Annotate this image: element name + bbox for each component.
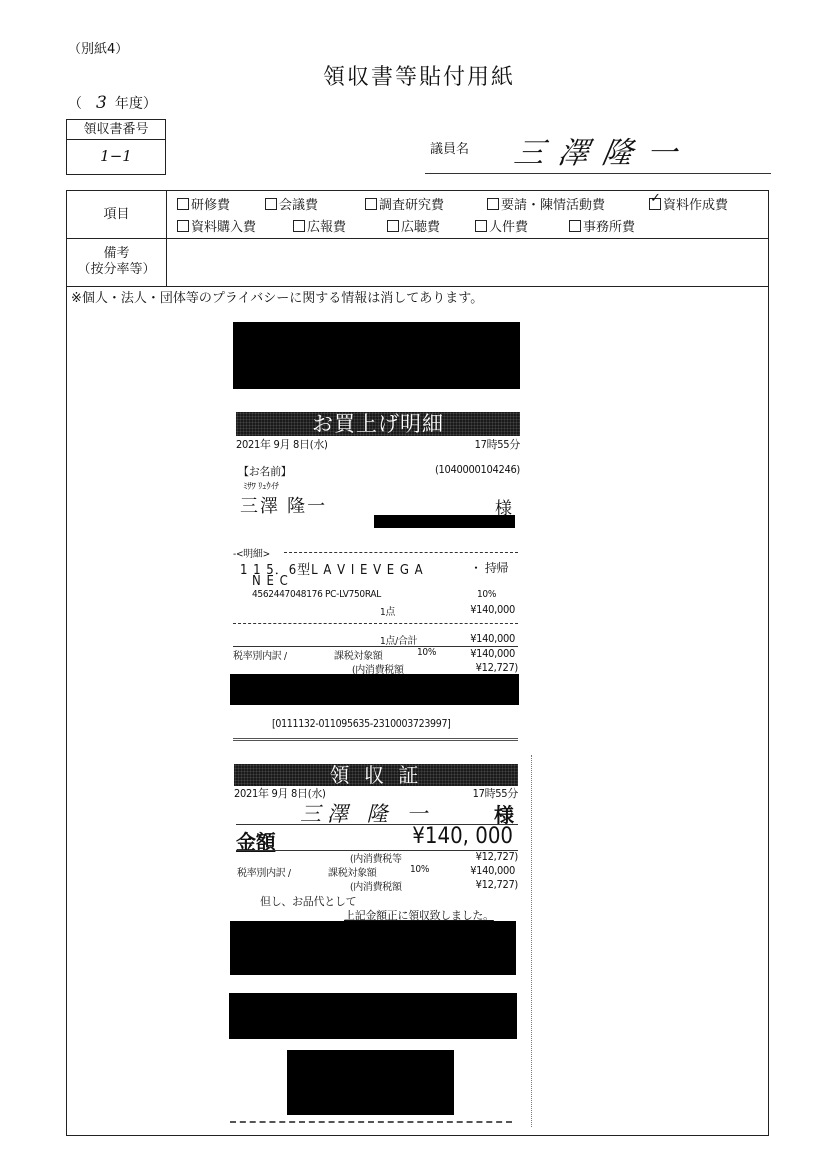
- fiscal-year: （3年度）: [68, 93, 157, 113]
- transaction-code: [0111132-011095635-2310003723997]: [272, 718, 451, 730]
- customer-id: (1040000104246): [400, 463, 520, 476]
- category-2[interactable]: 調査研究費: [365, 194, 444, 213]
- redaction-block: [233, 322, 520, 389]
- checkbox-icon[interactable]: [177, 220, 189, 232]
- redaction-block: [287, 1050, 454, 1115]
- details-divider: [284, 552, 518, 553]
- remarks-row: 備考（按分率等）: [67, 238, 768, 287]
- r-tax-included-label: (内消費税額: [350, 878, 402, 893]
- category-8[interactable]: 人件費: [475, 216, 528, 235]
- r-taxable-label: 課税対象額: [328, 864, 377, 879]
- r-taxable-value: ¥140,000: [440, 864, 515, 877]
- member-name-signature: 三澤隆一: [511, 128, 695, 172]
- annex-label: （別紙4）: [68, 38, 128, 57]
- category-label: 会議費: [279, 198, 318, 213]
- receipt-number-value: 1−1: [67, 140, 165, 173]
- receipt-number-box: 領収書番号 1−1: [66, 119, 166, 175]
- details-label: -<明細>: [233, 545, 270, 560]
- transaction-divider: [233, 738, 518, 741]
- receipt-bottom-divider: [230, 1121, 512, 1123]
- remarks-label: 備考（按分率等）: [67, 238, 167, 286]
- tax-included-value: ¥12,727): [440, 661, 518, 674]
- taxable-label: 課税対象額: [334, 647, 383, 662]
- category-1[interactable]: 会議費: [265, 194, 318, 213]
- remarks-label-main: 備考: [103, 246, 129, 261]
- category-label: 広聴費: [401, 220, 440, 235]
- item-qty: 1点: [380, 603, 395, 618]
- checkbox-icon[interactable]: [487, 198, 499, 210]
- name-kanji: 三澤 隆一: [240, 492, 327, 518]
- checkbox-icon[interactable]: [387, 220, 399, 232]
- category-5[interactable]: 資料購入費: [177, 216, 256, 235]
- r-tax-breakdown-label: 税率別内訳 /: [237, 864, 291, 879]
- category-6[interactable]: 広報費: [293, 216, 346, 235]
- category-label: 事務所費: [583, 220, 635, 235]
- statement-time: 17時55分: [470, 436, 520, 452]
- category-label: 資料購入費: [191, 220, 256, 235]
- statement-title: お買上げ明細: [312, 412, 444, 436]
- tax-rate: 10%: [417, 647, 436, 658]
- checkbox-icon[interactable]: [365, 198, 377, 210]
- remarks-label-sub: （按分率等）: [77, 262, 155, 277]
- r-tax-included-value: ¥12,727): [440, 878, 518, 891]
- category-9[interactable]: 事務所費: [569, 216, 635, 235]
- item-label: 項目: [67, 191, 167, 238]
- category-label: 要請・陳情活動費: [501, 198, 605, 213]
- tax-etc-label: (内消費税等: [350, 850, 402, 865]
- member-name-label: 議員名: [430, 138, 469, 157]
- receipt-paper-edge: [531, 755, 533, 1127]
- item-takeout: ・ 持帰: [470, 559, 508, 576]
- category-3[interactable]: 要請・陳情活動費: [487, 194, 605, 213]
- redaction-block: [374, 515, 515, 528]
- redaction-block: [230, 674, 519, 705]
- name-label: 【お名前】: [238, 463, 292, 479]
- member-name-underline: [425, 173, 771, 174]
- checkbox-icon[interactable]: [475, 220, 487, 232]
- tax-etc-value: ¥12,727): [440, 850, 518, 863]
- checkbox-icon[interactable]: [569, 220, 581, 232]
- statement-date: 2021年 9月 8日(水): [236, 436, 328, 452]
- category-label: 研修費: [191, 198, 230, 213]
- item-tax-rate: 10%: [477, 589, 496, 600]
- amount-value: ¥140, 000: [380, 824, 513, 849]
- item-divider: [233, 623, 518, 624]
- receipt-title-banner: 領 収 証: [234, 764, 518, 786]
- fiscal-suffix: 年度）: [115, 96, 157, 112]
- category-0[interactable]: 研修費: [177, 194, 230, 213]
- tax-breakdown-label: 税率別内訳 /: [233, 647, 287, 662]
- proviso: 但し、お品代として: [260, 893, 356, 909]
- checkbox-checked-icon[interactable]: [649, 198, 661, 210]
- checkbox-icon[interactable]: [293, 220, 305, 232]
- item-maker: N E C: [252, 574, 289, 589]
- r-tax-rate: 10%: [410, 864, 429, 875]
- fiscal-year-value: 3: [96, 93, 107, 113]
- redaction-block: [230, 921, 516, 975]
- name-kana: ﾐｻﾜ ﾘｭｳｲﾁ: [243, 479, 279, 492]
- item-price: ¥140,000: [440, 603, 515, 616]
- item-code: 4562447048176 PC-LV750RAL: [252, 589, 381, 600]
- taxable-value: ¥140,000: [440, 647, 515, 660]
- category-7[interactable]: 広聴費: [387, 216, 440, 235]
- redaction-block: [229, 993, 517, 1039]
- page-title: 領収書等貼付用紙: [0, 60, 826, 91]
- total-value: ¥140,000: [440, 632, 515, 645]
- privacy-notice: ※個人・法人・団体等のプライバシーに関する情報は消してあります。: [71, 287, 483, 306]
- category-label: 人件費: [489, 220, 528, 235]
- remarks-value[interactable]: [168, 238, 768, 286]
- category-label: 調査研究費: [379, 198, 444, 213]
- checkbox-icon[interactable]: [177, 198, 189, 210]
- total-label: 1点/合計: [380, 632, 417, 647]
- receipt-title: 領 収 証: [330, 763, 423, 787]
- checkbox-icon[interactable]: [265, 198, 277, 210]
- fiscal-open: （: [68, 96, 82, 112]
- category-label: 広報費: [307, 220, 346, 235]
- receipt-number-label: 領収書番号: [67, 120, 165, 140]
- statement-title-banner: お買上げ明細: [236, 412, 520, 436]
- category-label: 資料作成費: [663, 198, 728, 213]
- category-4[interactable]: 資料作成費: [649, 194, 728, 213]
- item-row: 項目 研修費会議費調査研究費要請・陳情活動費資料作成費資料購入費広報費広聴費人件…: [67, 191, 768, 239]
